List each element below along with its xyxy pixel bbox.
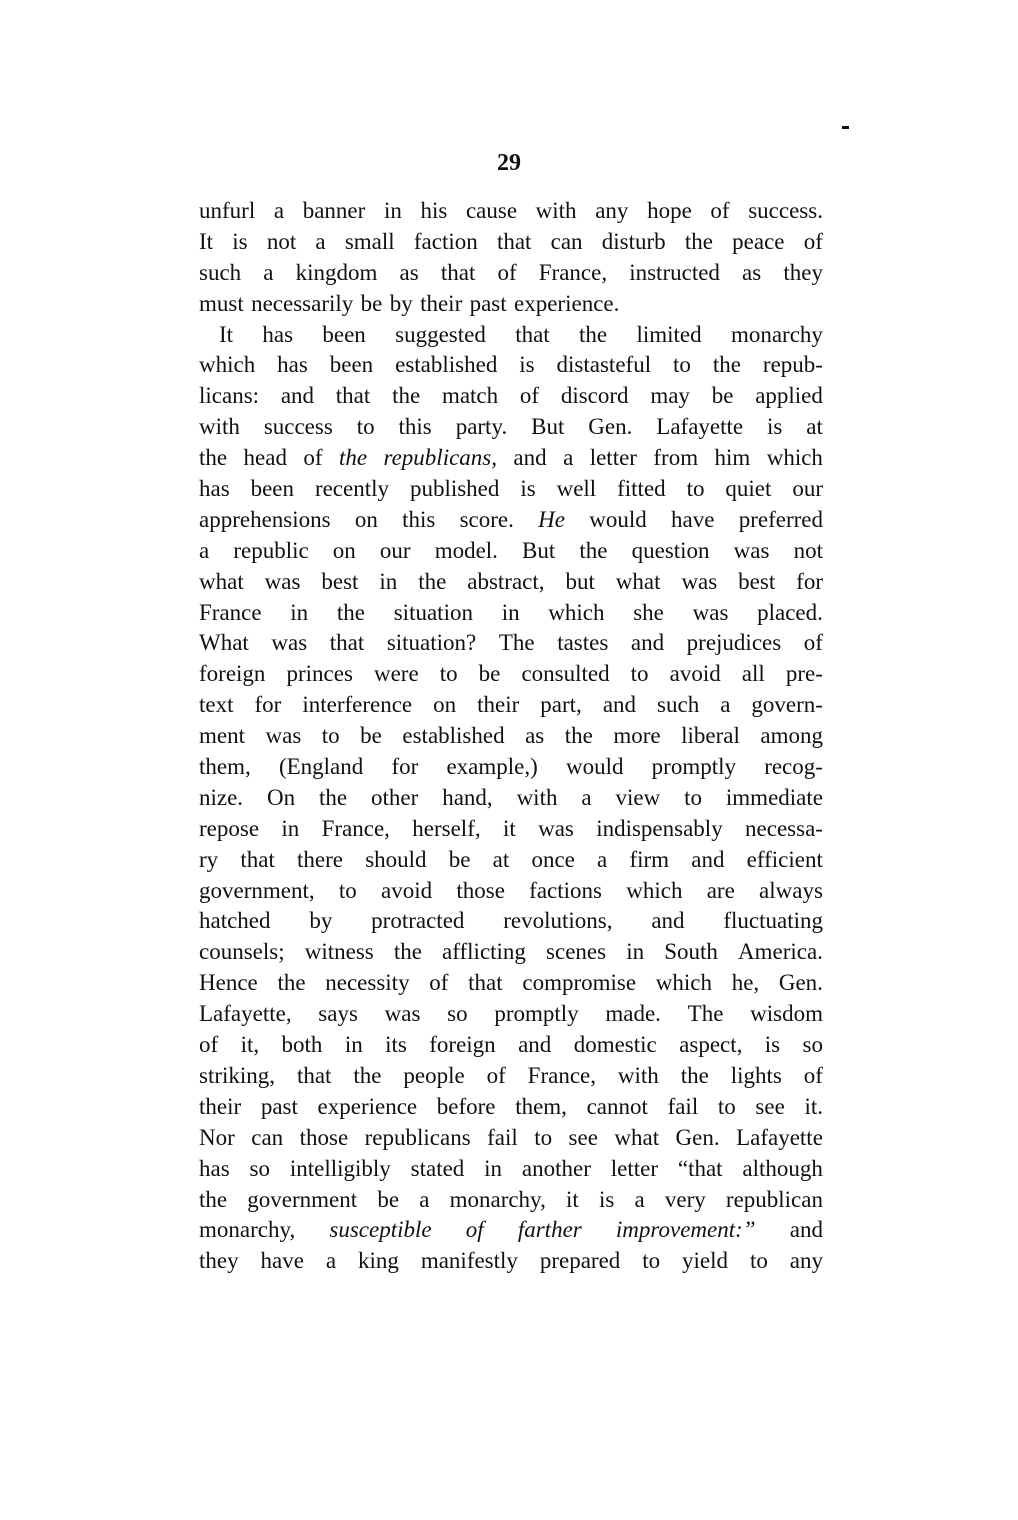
word: placed. xyxy=(757,598,823,629)
word: although xyxy=(742,1154,823,1185)
word: such xyxy=(199,258,241,289)
word: Gen. xyxy=(588,412,632,443)
word: revolutions, xyxy=(503,906,612,937)
word: see xyxy=(569,1123,598,1154)
word: been xyxy=(322,320,365,351)
word: and xyxy=(281,381,314,412)
text-line: monarchy,susceptibleoffartherimprovement… xyxy=(199,1215,823,1246)
word: was xyxy=(265,567,301,598)
word: and xyxy=(513,443,546,474)
word: of xyxy=(487,1061,506,1092)
word: so xyxy=(250,1154,270,1185)
word: hope xyxy=(647,196,692,227)
word: is xyxy=(520,474,535,505)
word: was xyxy=(681,567,717,598)
word: on xyxy=(433,690,456,721)
word: best xyxy=(321,567,358,598)
word: of xyxy=(520,381,539,412)
word: What xyxy=(199,628,249,659)
word: and xyxy=(518,1030,551,1061)
word: cannot xyxy=(587,1092,648,1123)
text-line: counsels;witnesstheafflictingscenesinSou… xyxy=(199,937,823,968)
word: quiet xyxy=(725,474,771,505)
word: domestic xyxy=(574,1030,657,1061)
word: is xyxy=(767,412,782,443)
text-line: ofit,bothinitsforeignanddomesticaspect,i… xyxy=(199,1030,823,1061)
word: “that xyxy=(678,1154,723,1185)
word: was xyxy=(734,536,770,567)
text-line: thegovernmentbeamonarchy,itisaveryrepubl… xyxy=(199,1185,823,1216)
word: On xyxy=(267,783,295,814)
word: of xyxy=(710,196,729,227)
word: made. xyxy=(605,999,661,1030)
word: any xyxy=(595,196,628,227)
word: the xyxy=(579,536,607,567)
word: a xyxy=(419,1185,429,1216)
word: at xyxy=(493,845,510,876)
word: that xyxy=(240,845,275,876)
word: of xyxy=(429,968,448,999)
word: been xyxy=(251,474,294,505)
word: But xyxy=(531,412,564,443)
word: herself, xyxy=(412,814,480,845)
word: they xyxy=(199,1246,239,1277)
word: distasteful xyxy=(557,350,652,381)
word: which xyxy=(548,598,604,629)
word: the xyxy=(565,721,593,752)
word: tastes xyxy=(557,628,608,659)
word: the xyxy=(277,968,305,999)
word: of xyxy=(804,227,823,258)
word: situation xyxy=(394,598,473,629)
word: (England xyxy=(279,752,363,783)
word: established xyxy=(402,721,504,752)
word: model. xyxy=(435,536,498,567)
word: republican xyxy=(726,1185,823,1216)
text-line: reposeinFrance,herself,itwasindispensabl… xyxy=(199,814,823,845)
word: necessity xyxy=(325,968,409,999)
word: repose xyxy=(199,814,259,845)
word: other xyxy=(371,783,418,814)
word: improvement:” xyxy=(616,1215,756,1246)
word: in xyxy=(379,567,397,598)
word: with xyxy=(536,196,577,227)
word: promptly xyxy=(494,999,578,1030)
word: another xyxy=(522,1154,591,1185)
word: ment xyxy=(199,721,245,752)
word: them, xyxy=(199,752,251,783)
text-line: foreignprincesweretobeconsultedtoavoidal… xyxy=(199,659,823,690)
text-line: government,toavoidthosefactionswhicharea… xyxy=(199,876,823,907)
word: with xyxy=(199,412,240,443)
word: with xyxy=(618,1061,659,1092)
word: It xyxy=(219,320,233,351)
word: more xyxy=(613,721,660,752)
word: so xyxy=(447,999,467,1030)
text-line: suchakingdomasthatofFrance,instructedast… xyxy=(199,258,823,289)
word: republicans, xyxy=(384,443,498,474)
word: people xyxy=(403,1061,464,1092)
word: for xyxy=(391,752,418,783)
word: of xyxy=(199,1030,218,1061)
word: interference xyxy=(302,690,412,721)
word: be xyxy=(361,289,383,320)
scan-mark xyxy=(842,126,849,129)
word: and xyxy=(603,690,636,721)
word: preferred xyxy=(739,505,823,536)
word: from xyxy=(653,443,698,474)
text-line: hassointelligiblystatedinanotherletter“t… xyxy=(199,1154,823,1185)
word: the xyxy=(337,598,365,629)
word: avoid xyxy=(381,876,432,907)
word: and xyxy=(691,845,724,876)
word: their xyxy=(420,289,462,320)
word: Lafayette xyxy=(656,412,743,443)
word: view xyxy=(615,783,660,814)
word: scenes xyxy=(546,937,606,968)
text-line: whatwasbestintheabstract,butwhatwasbestf… xyxy=(199,567,823,598)
word: which xyxy=(626,876,682,907)
word: Gen. xyxy=(779,968,823,999)
word: yield xyxy=(682,1246,728,1277)
word: fail xyxy=(668,1092,699,1123)
word: a xyxy=(634,1185,644,1216)
word: It xyxy=(199,227,213,258)
word: witness xyxy=(305,937,374,968)
word: both xyxy=(282,1030,323,1061)
word: a xyxy=(315,227,325,258)
word: of xyxy=(804,628,823,659)
word: republicans xyxy=(365,1123,471,1154)
word: on xyxy=(333,536,356,567)
word: those xyxy=(456,876,505,907)
word: there xyxy=(297,845,343,876)
word: which xyxy=(199,350,255,381)
word: were xyxy=(374,659,419,690)
word: among xyxy=(760,721,823,752)
text-line: whichhasbeenestablishedisdistastefultoth… xyxy=(199,350,823,381)
text-line: licans:andthatthematchofdiscordmaybeappl… xyxy=(199,381,823,412)
word: prepared xyxy=(540,1246,620,1277)
word: that xyxy=(330,628,365,659)
word: peace xyxy=(732,227,784,258)
word: be xyxy=(360,721,382,752)
word: it xyxy=(566,1185,579,1216)
word: government xyxy=(247,1185,357,1216)
word: and xyxy=(651,906,684,937)
text-line: rythatthereshouldbeatonceafirmandefficie… xyxy=(199,845,823,876)
word: protracted xyxy=(371,906,464,937)
word: it xyxy=(503,814,516,845)
word: the xyxy=(418,567,446,598)
word: intelligibly xyxy=(290,1154,391,1185)
word: what xyxy=(614,1123,659,1154)
word: to xyxy=(322,721,340,752)
word: what xyxy=(616,567,661,598)
word: fluctuating xyxy=(723,906,823,937)
word: efficient xyxy=(747,845,823,876)
word: has xyxy=(199,474,230,505)
text-line: Franceinthesituationinwhichshewasplaced. xyxy=(199,598,823,629)
word: to xyxy=(440,659,458,690)
word: with xyxy=(517,783,558,814)
word: on xyxy=(355,505,378,536)
word: letter xyxy=(590,443,637,474)
word: would xyxy=(566,752,624,783)
word: those xyxy=(300,1123,349,1154)
text-line: mustnecessarilybebytheirpastexperience. xyxy=(199,289,823,320)
word: as xyxy=(400,258,419,289)
text-line: nize.Ontheotherhand,withaviewtoimmediate xyxy=(199,783,823,814)
word: in xyxy=(281,814,299,845)
text-line: Hencethenecessityofthatcompromisewhichhe… xyxy=(199,968,823,999)
word: success xyxy=(264,412,333,443)
word: Nor xyxy=(199,1123,235,1154)
word: and xyxy=(631,628,664,659)
word: as xyxy=(525,721,544,752)
word: example,) xyxy=(446,752,537,783)
word: once xyxy=(531,845,574,876)
word: in xyxy=(345,1030,363,1061)
word: in xyxy=(290,598,308,629)
text-line: Ithasbeensuggestedthatthelimitedmonarchy xyxy=(199,320,823,351)
word: princes xyxy=(286,659,352,690)
word: by xyxy=(390,289,413,320)
word: to xyxy=(631,659,649,690)
word: discord xyxy=(561,381,629,412)
word: the xyxy=(339,443,367,474)
word: a xyxy=(326,1246,336,1277)
text-line: mentwastobeestablishedasthemoreliberalam… xyxy=(199,721,823,752)
word: fitted xyxy=(617,474,666,505)
word: govern- xyxy=(751,690,823,721)
word: firm xyxy=(629,845,669,876)
word: to xyxy=(339,876,357,907)
word: fail xyxy=(487,1123,518,1154)
word: in xyxy=(384,196,402,227)
word: are xyxy=(707,876,735,907)
word: promptly xyxy=(652,752,736,783)
word: all xyxy=(742,659,765,690)
word: not xyxy=(794,536,823,567)
word: by xyxy=(309,906,332,937)
word: success. xyxy=(748,196,823,227)
word: text xyxy=(199,690,234,721)
word: that xyxy=(441,258,476,289)
word: but xyxy=(565,567,594,598)
word: experience. xyxy=(514,289,619,320)
word: to xyxy=(750,1246,768,1277)
word: any xyxy=(790,1246,823,1277)
word: Hence xyxy=(199,968,258,999)
word: can xyxy=(251,1123,283,1154)
word: abstract, xyxy=(467,567,544,598)
word: France, xyxy=(528,1061,596,1092)
word: Lafayette, xyxy=(199,999,292,1030)
word: nize. xyxy=(199,783,243,814)
word: the xyxy=(353,1061,381,1092)
text-line: theyhaveakingmanifestlypreparedtoyieldto… xyxy=(199,1246,823,1277)
word: was xyxy=(266,721,302,752)
text-line: hasbeenrecentlypublishediswellfittedtoqu… xyxy=(199,474,823,505)
word: can xyxy=(551,227,583,258)
word: consulted xyxy=(521,659,609,690)
word: instructed xyxy=(629,258,720,289)
word: republic xyxy=(233,536,308,567)
word: situation? xyxy=(387,628,476,659)
word: the xyxy=(392,381,420,412)
text-line: arepubliconourmodel.Butthequestionwasnot xyxy=(199,536,823,567)
word: it. xyxy=(804,1092,823,1123)
word: The xyxy=(688,999,724,1030)
text-line: Itisnotasmallfactionthatcandisturbthepea… xyxy=(199,227,823,258)
word: striking, xyxy=(199,1061,275,1092)
word: may xyxy=(650,381,690,412)
word: be xyxy=(449,845,471,876)
word: established xyxy=(395,350,497,381)
word: to xyxy=(642,1246,660,1277)
word: unfurl xyxy=(199,196,255,227)
word: to xyxy=(534,1123,552,1154)
word: government, xyxy=(199,876,315,907)
word: letter xyxy=(611,1154,658,1185)
word: to xyxy=(687,474,705,505)
page-number: 29 xyxy=(0,150,1018,177)
word: in xyxy=(626,937,644,968)
word: was xyxy=(693,598,729,629)
word: recog- xyxy=(764,752,823,783)
word: stated xyxy=(411,1154,465,1185)
word: necessa- xyxy=(745,814,823,845)
word: prejudices xyxy=(687,628,782,659)
word: a xyxy=(597,845,607,876)
text-line: textforinterferenceontheirpart,andsuchag… xyxy=(199,690,823,721)
word: them, xyxy=(515,1092,567,1123)
word: they xyxy=(783,258,823,289)
word: hand, xyxy=(442,783,492,814)
word: have xyxy=(261,1246,304,1277)
word: the xyxy=(394,937,422,968)
word: of xyxy=(497,258,516,289)
word: be xyxy=(712,381,734,412)
text-line: apprehensionsonthisscore.Hewouldhavepref… xyxy=(199,505,823,536)
word: he, xyxy=(732,968,759,999)
word: is xyxy=(765,1030,780,1061)
word: foreign xyxy=(429,1030,495,1061)
word: that xyxy=(497,227,532,258)
word: But xyxy=(522,536,555,567)
word: been xyxy=(330,350,373,381)
word: best xyxy=(738,567,775,598)
word: in xyxy=(502,598,520,629)
word: counsels; xyxy=(199,937,285,968)
word: recently xyxy=(315,474,389,505)
word: should xyxy=(365,845,426,876)
text-line: Whatwasthatsituation?Thetastesandprejudi… xyxy=(199,628,823,659)
word: indispensably xyxy=(596,814,723,845)
word: France xyxy=(199,598,262,629)
word: The xyxy=(499,628,535,659)
word: it, xyxy=(241,1030,260,1061)
word: small xyxy=(345,227,395,258)
word: head xyxy=(244,443,287,474)
word: immediate xyxy=(726,783,823,814)
word: the xyxy=(319,783,347,814)
word: factions xyxy=(529,876,602,907)
word: party. xyxy=(456,412,508,443)
text-line: withsuccesstothisparty.ButGen.Lafayettei… xyxy=(199,412,823,443)
word: be xyxy=(377,1185,399,1216)
word: was xyxy=(271,628,307,659)
word: the xyxy=(681,1061,709,1092)
text-line: striking,thatthepeopleofFrance,withtheli… xyxy=(199,1061,823,1092)
word: is xyxy=(599,1185,614,1216)
text-line: Lafayette,sayswassopromptlymade.Thewisdo… xyxy=(199,999,823,1030)
word: South xyxy=(664,937,718,968)
word: a xyxy=(199,536,209,567)
word: of xyxy=(466,1215,484,1246)
word: question xyxy=(632,536,710,567)
word: king xyxy=(358,1246,399,1277)
word: always xyxy=(759,876,823,907)
word: in xyxy=(484,1154,502,1185)
word: such xyxy=(657,690,699,721)
word: monarchy xyxy=(731,320,823,351)
word: apprehensions xyxy=(199,505,331,536)
word: is xyxy=(519,350,534,381)
word: that xyxy=(336,381,371,412)
word: to xyxy=(684,783,702,814)
word: she xyxy=(633,598,664,629)
word: has xyxy=(199,1154,230,1185)
word: this xyxy=(402,505,435,536)
word: avoid xyxy=(670,659,721,690)
word: kingdom xyxy=(296,258,378,289)
word: this xyxy=(399,412,432,443)
word: that xyxy=(468,968,503,999)
word: our xyxy=(792,474,823,505)
word: France, xyxy=(539,258,607,289)
text-line: theirpastexperiencebeforethem,cannotfail… xyxy=(199,1092,823,1123)
text-line: NorcanthoserepublicansfailtoseewhatGen.L… xyxy=(199,1123,823,1154)
word: compromise xyxy=(522,968,636,999)
word: their xyxy=(199,1092,241,1123)
text-line: theheadoftherepublicans,andaletterfromhi… xyxy=(199,443,823,474)
word: a xyxy=(563,443,573,474)
word: has xyxy=(262,320,293,351)
word: farther xyxy=(518,1215,582,1246)
word: to xyxy=(673,350,691,381)
word: and xyxy=(790,1215,823,1246)
word: be xyxy=(479,659,501,690)
word: applied xyxy=(755,381,823,412)
word: America. xyxy=(738,937,823,968)
word: the xyxy=(579,320,607,351)
word: lights xyxy=(731,1061,782,1092)
word: to xyxy=(357,412,375,443)
word: the xyxy=(199,443,227,474)
word: was xyxy=(385,999,421,1030)
word: foreign xyxy=(199,659,265,690)
word: score. xyxy=(460,505,514,536)
word: the xyxy=(199,1185,227,1216)
text-line: unfurlabannerinhiscausewithanyhopeofsucc… xyxy=(199,196,823,227)
word: what xyxy=(199,567,244,598)
word: Gen. xyxy=(676,1123,720,1154)
word: wisdom xyxy=(750,999,823,1030)
word: part, xyxy=(540,690,582,721)
word: necessarily xyxy=(251,289,353,320)
